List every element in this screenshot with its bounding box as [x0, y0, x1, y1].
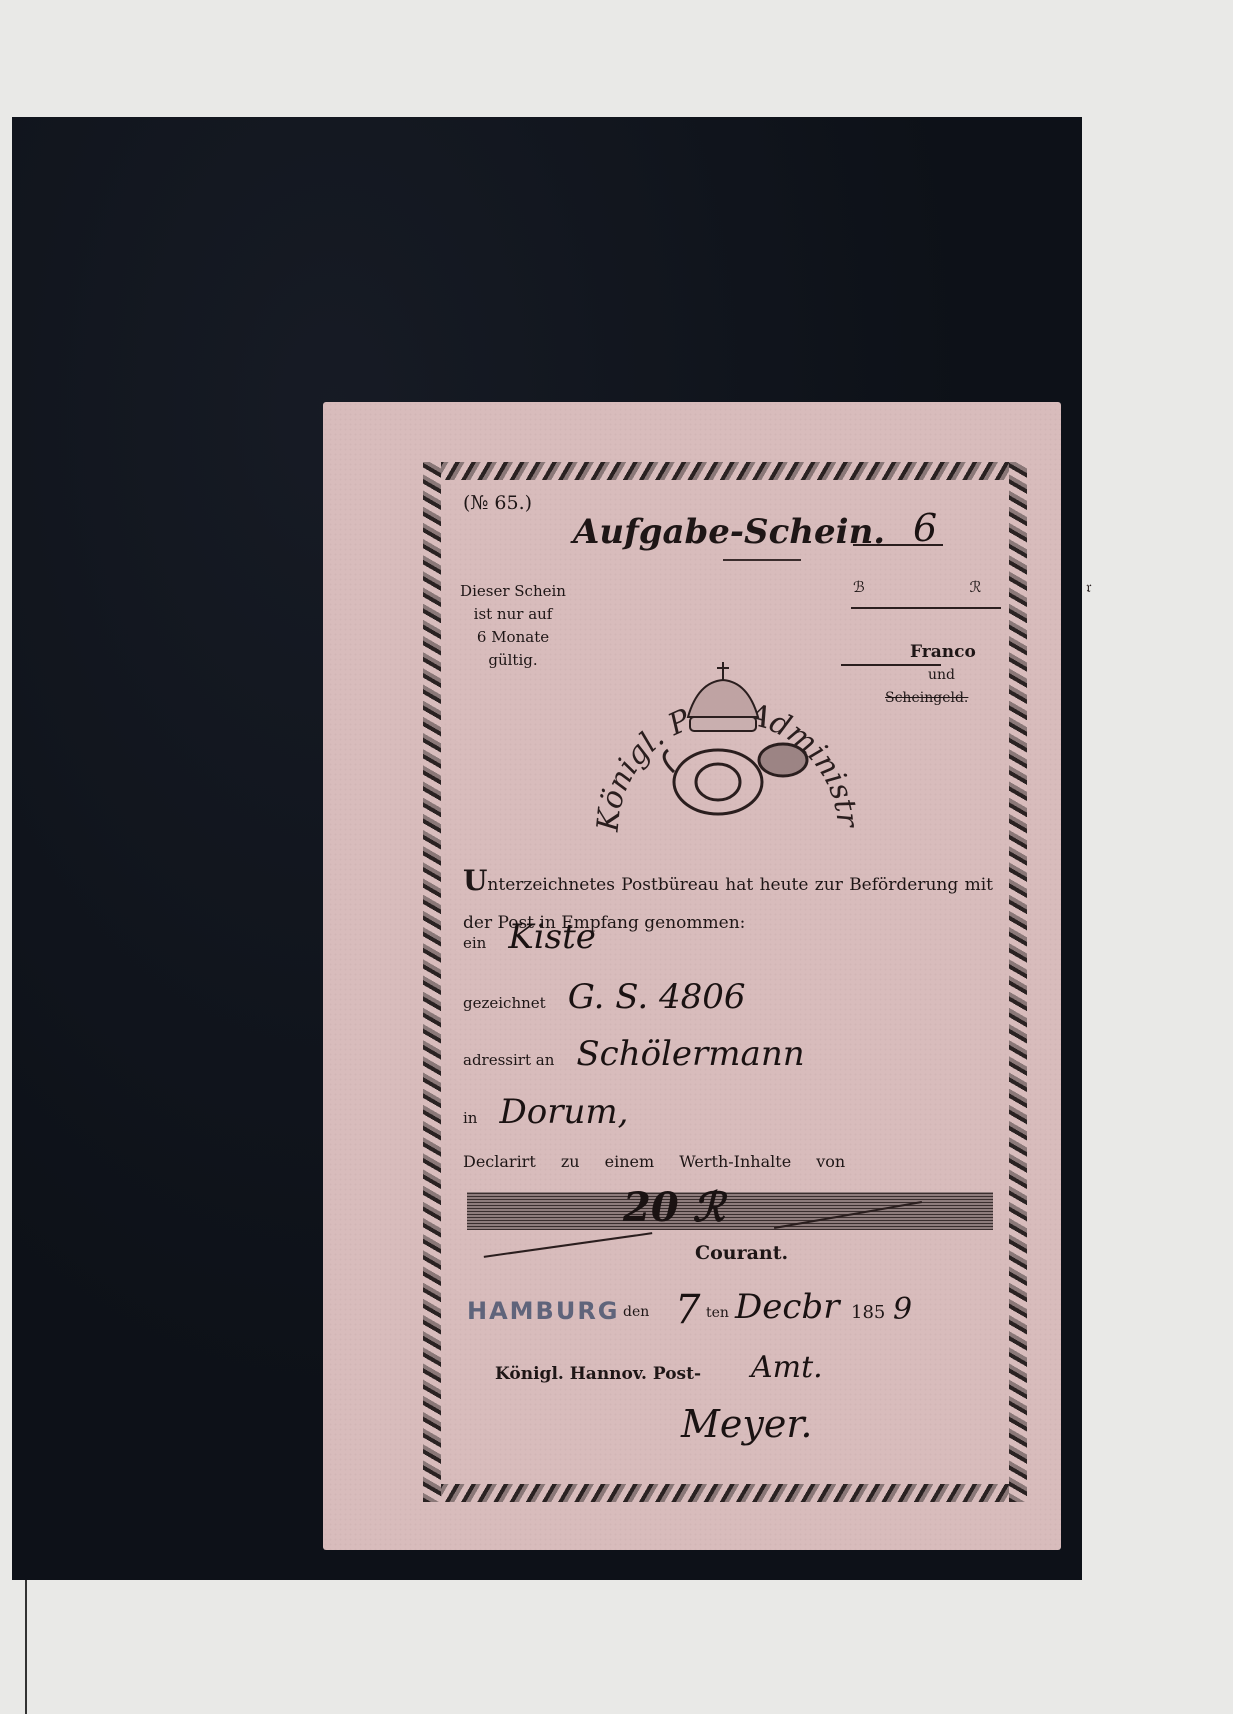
fee-line: [851, 607, 1001, 609]
validity-line: gültig.: [453, 649, 573, 672]
field-label: adressirt an: [463, 1051, 554, 1069]
zigzag-border-top: [423, 462, 1027, 480]
amount-hatched-bar: [467, 1192, 993, 1230]
title-underline: [723, 559, 801, 561]
currency-label: Courant.: [695, 1242, 788, 1264]
validity-note: Dieser Schein ist nur auf 6 Monate gülti…: [453, 580, 573, 672]
date-year-hand: 9: [893, 1292, 912, 1327]
currency-marks: ℬ ℛ 𝔯: [853, 578, 1142, 596]
validity-line: ist nur auf: [453, 603, 573, 626]
validity-line: Dieser Schein: [453, 580, 573, 603]
form-number: (№ 65.): [463, 492, 532, 514]
date-ten: ten: [706, 1305, 729, 1321]
post-horn-crown-emblem: Königl. Post-Administration: [588, 622, 858, 852]
field-label: in: [463, 1109, 477, 1127]
zigzag-border-left: [423, 462, 441, 1502]
date-den: den: [623, 1304, 649, 1320]
document-title: Aufgabe-Schein.: [573, 512, 885, 552]
declared-value-text: Declarirt zu einem Werth-Inhalte von: [463, 1152, 845, 1171]
franco-label: Franco: [910, 642, 976, 662]
scheingeld-label: Scheingeld.: [885, 690, 968, 706]
field-value: Schölermann: [576, 1034, 804, 1074]
office-label: Königl. Hannov. Post-: [495, 1364, 701, 1384]
amount-strike: [484, 1232, 653, 1258]
validity-line: 6 Monate: [453, 626, 573, 649]
field-value: Kiste: [508, 917, 596, 957]
hamburg-stamp: HAMBURG: [467, 1297, 620, 1325]
post-horn-icon: [664, 744, 807, 814]
field-value: G. S. 4806: [568, 977, 746, 1017]
postal-receipt: (№ 65.) Aufgabe-Schein. 6 Dieser Schein …: [323, 402, 1061, 1550]
field-label: gezeichnet: [463, 994, 546, 1012]
date-day: 7: [675, 1287, 700, 1333]
signature: Meyer.: [681, 1402, 812, 1446]
zigzag-border-bottom: [423, 1484, 1027, 1502]
zigzag-border-right: [1009, 462, 1027, 1502]
crown-icon: [688, 662, 758, 731]
date-year-printed: 185: [851, 1302, 885, 1323]
field-item: ein Kiste: [463, 917, 596, 957]
date-month: Decbr: [735, 1287, 839, 1327]
ornamental-frame: (№ 65.) Aufgabe-Schein. 6 Dieser Schein …: [423, 462, 1027, 1502]
office-handwritten: Amt.: [751, 1350, 823, 1385]
intro-initial: U: [463, 864, 487, 897]
field-destination: in Dorum,: [463, 1092, 628, 1132]
und-label: und: [928, 667, 955, 683]
field-label: ein: [463, 934, 486, 952]
album-page-rule: [25, 1580, 27, 1714]
handwritten-underline: [853, 544, 943, 546]
declared-amount: 20 ℛ: [623, 1184, 725, 1231]
field-value: Dorum,: [499, 1092, 628, 1132]
field-marked: gezeichnet G. S. 4806: [463, 977, 745, 1017]
field-addressee: adressirt an Schölermann: [463, 1034, 805, 1074]
